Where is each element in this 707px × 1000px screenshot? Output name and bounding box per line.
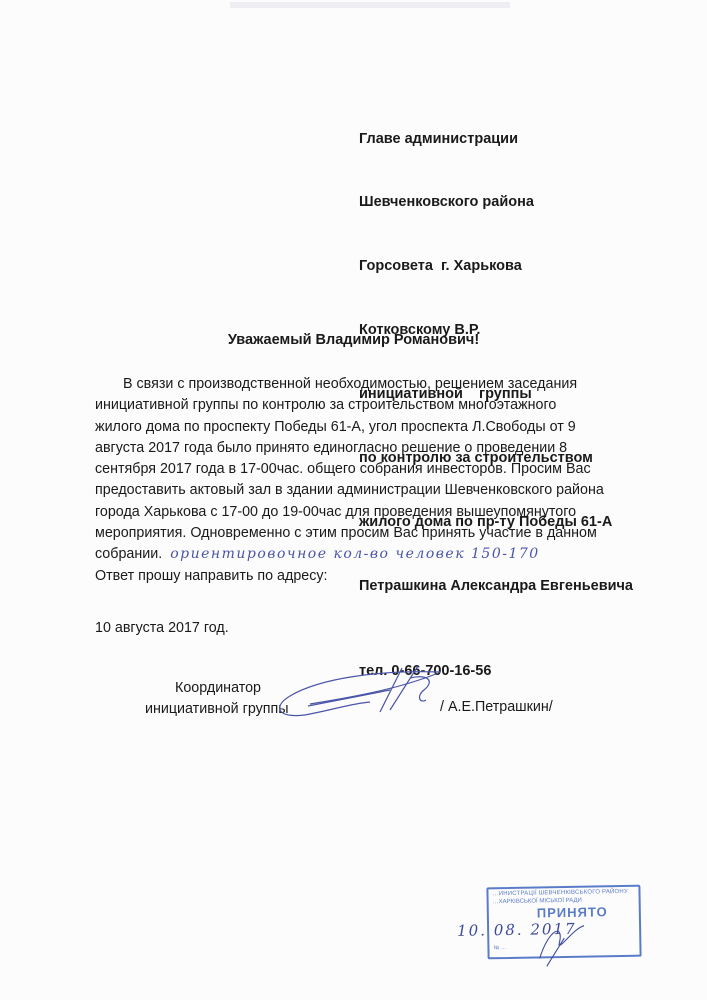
signer-name: / А.Е.Петрашкин/ <box>440 699 553 715</box>
addressee-line: Главе администрации <box>359 129 633 150</box>
letter-body: В связи с производственной необходимость… <box>95 374 655 587</box>
stamp-org: …ИНИСТРАЦІЇ ШЕВЧЕНКІВСЬКОГО РАЙОНУ <box>492 889 628 897</box>
body-line: жилого дома по проспекту Победы 61-А, уг… <box>95 417 655 438</box>
signature-icon <box>240 660 450 730</box>
stamp-signature-icon <box>534 917 595 968</box>
salutation: Уважаемый Владимир Романович! <box>0 332 707 348</box>
body-line: сентября 2017 года в 17-00час. общего со… <box>95 459 655 480</box>
body-line: собрании. <box>95 546 162 562</box>
handwritten-note: ориентировочное кол-во человек 150-170 <box>170 546 539 562</box>
body-line: мероприятия. Одновременно с этим просим … <box>95 523 655 544</box>
body-line: города Харькова с 17-00 до 19-00час для … <box>95 502 655 523</box>
closing-line: Ответ прошу направить по адресу: <box>95 566 655 587</box>
body-line: В связи с производственной необходимость… <box>95 374 655 395</box>
body-line: августа 2017 года было принято единоглас… <box>95 438 655 459</box>
addressee-line: Горсовета г. Харькова <box>359 256 633 277</box>
body-line-with-note: собрании.ориентировочное кол-во человек … <box>95 544 655 565</box>
addressee-line: Шевченковского района <box>359 192 633 213</box>
body-line: инициативной группы по контролю за строи… <box>95 395 655 416</box>
body-line: предоставить актовый зал в здании админи… <box>95 480 655 501</box>
letter-date: 10 августа 2017 год. <box>95 620 229 636</box>
scan-artifact <box>230 2 510 8</box>
stamp-reg: № … <box>493 945 506 951</box>
received-stamp: …ИНИСТРАЦІЇ ШЕВЧЕНКІВСЬКОГО РАЙОНУ …ХАРК… <box>486 885 641 960</box>
